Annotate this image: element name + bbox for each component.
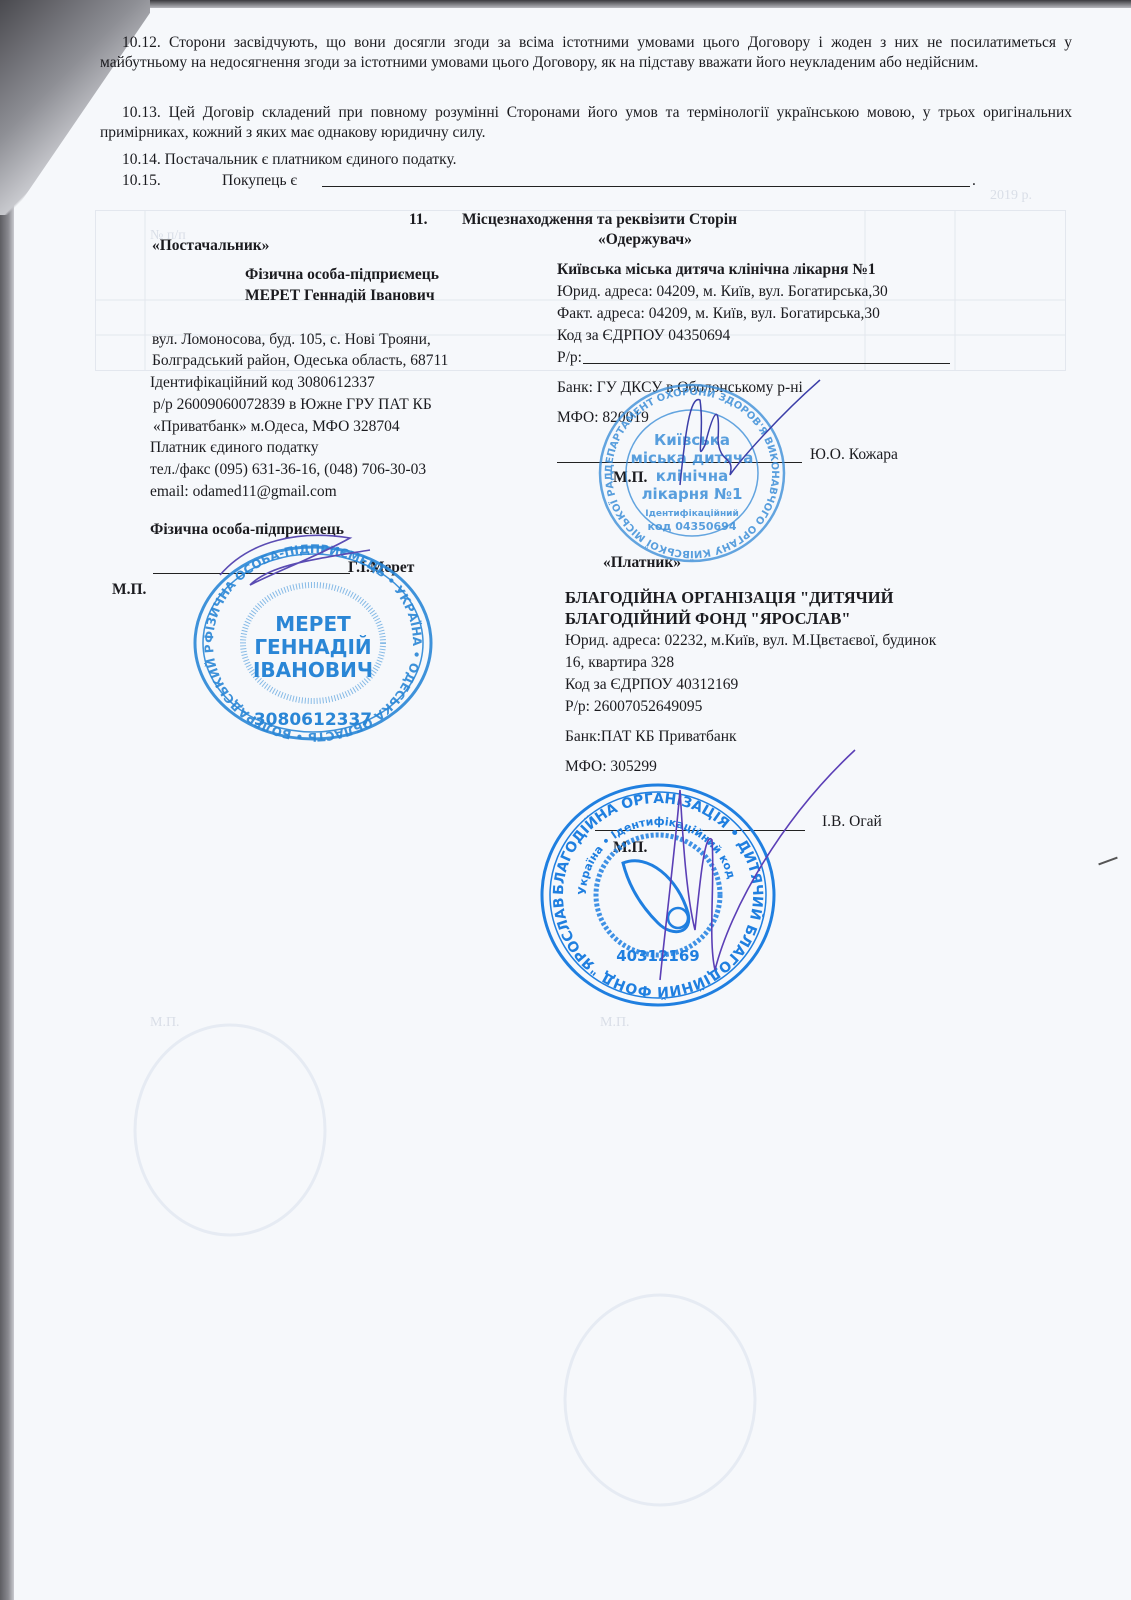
supplier-name: МЕРЕТ Геннадій Іванович: [245, 286, 435, 305]
clause-text: Цей Договір складений при повному розумі…: [100, 104, 1072, 141]
clause-10-15-text: Покупець є: [222, 171, 297, 190]
recipient-account-blank: [583, 363, 950, 364]
bleed-through-text: М.П.: [600, 1015, 630, 1031]
supplier-stamp: ФІЗИЧНА ОСОБА-ПІДПРИЄМЕЦЬ • УКРАЇНА • ОД…: [188, 543, 438, 743]
pen-mark: [1098, 857, 1117, 866]
svg-text:лікарня №1: лікарня №1: [642, 485, 743, 503]
payer-legal-address-1: Юрид. адреса: 02232, м.Київ, вул. М.Цвєт…: [565, 631, 936, 650]
supplier-phone: тел./факс (095) 631-36-16, (048) 706-30-…: [150, 460, 426, 479]
svg-text:клінічна: клінічна: [656, 467, 729, 485]
supplier-type: Фізична особа-підприємець: [245, 265, 439, 284]
clause-number: 10.14.: [122, 151, 161, 168]
svg-text:міська дитяча: міська дитяча: [631, 449, 754, 467]
recipient-account-label: Р/р:: [557, 348, 582, 367]
svg-text:Ідентифікаційний: Ідентифікаційний: [645, 508, 739, 519]
supplier-role: «Постачальник»: [152, 236, 269, 255]
clause-10-14: 10.14. Постачальник є платником єдиного …: [122, 150, 457, 169]
recipient-stamp: ДЕПАРТАМЕНТ ОХОРОНИ ЗДОРОВ'Я ВИКОНАВЧОГО…: [597, 383, 787, 563]
svg-text:Київська: Київська: [654, 431, 730, 449]
recipient-name: Київська міська дитяча клінічна лікарня …: [557, 260, 876, 279]
supplier-account-2: «Приватбанк» м.Одеса, МФО 328704: [153, 417, 400, 436]
supplier-account-1: р/р 26009060072839 в Южне ГРУ ПАТ КБ: [153, 395, 432, 414]
svg-text:ГЕННАДІЙ: ГЕННАДІЙ: [254, 635, 371, 659]
clause-text: Сторони засвідчують, що вони досягли зго…: [100, 34, 1072, 71]
payer-account: Р/р: 26007052649095: [565, 697, 702, 716]
bleed-through-stamp: [560, 1290, 760, 1510]
svg-text:3080612337: 3080612337: [254, 710, 372, 730]
recipient-legal-address: Юрид. адреса: 04209, м. Київ, вул. Богат…: [557, 282, 888, 301]
svg-text:код 04350694: код 04350694: [648, 520, 737, 533]
bleed-through-stamp: [130, 1020, 330, 1240]
buyer-blank-line: [322, 186, 970, 187]
supplier-email: email: odamed11@gmail.com: [150, 482, 337, 501]
payer-stamp: БЛАГОДІЙНА ОРГАНІЗАЦІЯ • ДИТЯЧИЙ БЛАГОДІ…: [538, 783, 778, 1008]
contract-page: № п/п 2019 р. М.П. М.П. 10.12. Сторони з…: [0, 0, 1131, 1600]
payer-edrpou: Код за ЄДРПОУ 40312169: [565, 675, 738, 694]
section-title: Місцезнаходження та реквізити Сторін: [462, 210, 737, 229]
clause-10-12: 10.12. Сторони засвідчують, що вони дося…: [100, 33, 1072, 73]
recipient-role: «Одержувач»: [598, 230, 692, 249]
payer-bank: Банк:ПАТ КБ Приватбанк: [565, 727, 737, 746]
svg-text:МЕРЕТ: МЕРЕТ: [275, 612, 351, 636]
payer-name-1: БЛАГОДІЙНА ОРГАНІЗАЦІЯ "ДИТЯЧИЙ: [565, 588, 893, 607]
svg-text:ІВАНОВИЧ: ІВАНОВИЧ: [253, 658, 373, 682]
clause-text: Постачальник є платником єдиного податку…: [165, 151, 457, 168]
clause-10-15: 10.15.: [122, 171, 161, 190]
recipient-edrpou: Код за ЄДРПОУ 04350694: [557, 326, 730, 345]
section-number: 11.: [409, 210, 428, 229]
supplier-id-code: Ідентифікаційний код 3080612337: [150, 373, 375, 392]
supplier-signer-title: Фізична особа-підприємець: [150, 520, 344, 539]
payer-legal-address-2: 16, квартира 328: [565, 653, 674, 672]
supplier-tax-status: Платник єдиного податку: [150, 438, 318, 457]
svg-text:40312169: 40312169: [616, 947, 700, 965]
supplier-address-2: Болградський район, Одеська область, 687…: [152, 351, 448, 370]
svg-text:Україна • Ідентифікаційний код: Україна • Ідентифікаційний код: [576, 815, 738, 895]
recipient-signer-name: Ю.О. Кожара: [810, 445, 898, 464]
supplier-seal-label: М.П.: [112, 580, 146, 599]
period: .: [972, 171, 976, 190]
payer-name-2: БЛАГОДІЙНИЙ ФОНД "ЯРОСЛАВ": [565, 609, 851, 628]
recipient-actual-address: Факт. адреса: 04209, м. Київ, вул. Богат…: [557, 304, 880, 323]
clause-number: 10.13.: [122, 104, 161, 121]
clause-10-13: 10.13. Цей Договір складений при повному…: [100, 103, 1072, 143]
bleed-through-text: 2019 р.: [990, 188, 1032, 204]
payer-signer-name: І.В. Огай: [822, 812, 882, 831]
supplier-address-1: вул. Ломоносова, буд. 105, с. Нові Троян…: [152, 330, 431, 349]
clause-number: 10.12.: [122, 34, 161, 51]
clause-number: 10.15.: [122, 172, 161, 189]
payer-mfo: МФО: 305299: [565, 757, 657, 776]
